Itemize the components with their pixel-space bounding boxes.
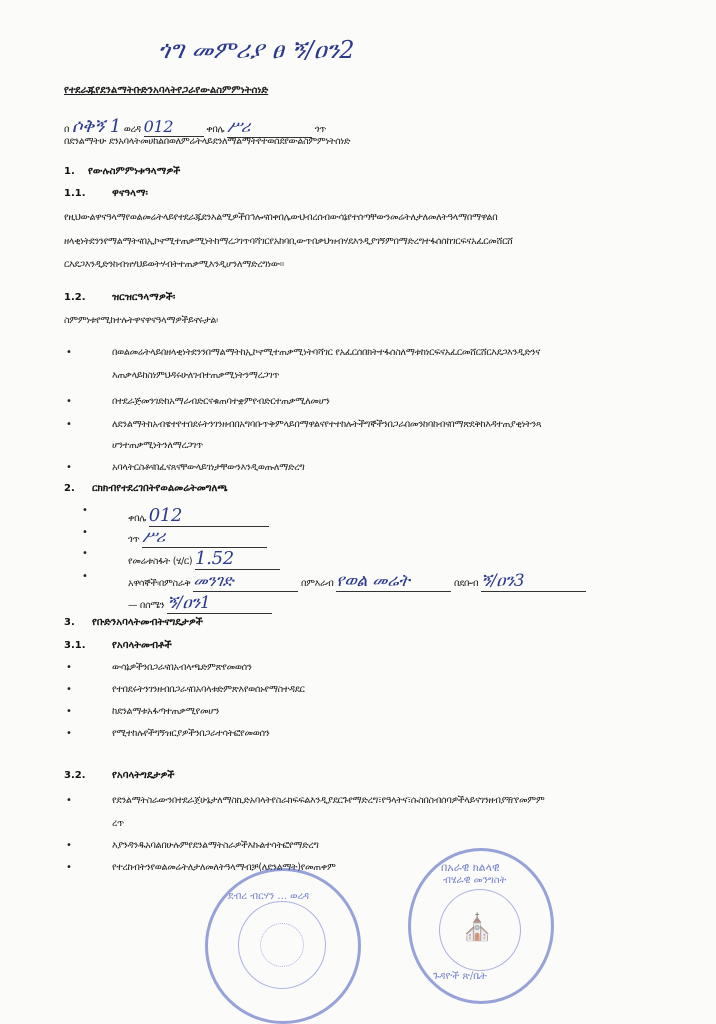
duties-bullet-continued: ረጥ [112,818,124,829]
field-value: ሥሪ [142,527,267,548]
section-1-1-title: ዋናዓላማ፡ [112,188,148,199]
emblem-icon: ⛪ [461,913,493,943]
duties-bullet: እያንዳንዱአባልበሁሉምየደንልማትስራዎችእኩልተሳትፎየማድረግ [112,840,319,851]
field-value: መንገድ [193,571,298,592]
rights-bullet: የሚተከሉየችግኝዝርያዎችንበጋራተሳትፎየመወሰን [112,728,269,739]
detailed-goals-intro: ስምምነቱየሚከተሉትዋናዋናዓላማዎችይኖሩታል፡ [64,315,218,326]
handwritten-header: ጎግ መምሪያ ፀ ኝ/ዐን2 [158,36,355,64]
south-label: በደቡብ [454,578,478,589]
section-1-number: 1. [64,166,75,177]
section-2-number: 2. [64,483,75,494]
section-1-title: የውሉስምምነቱዓላማዎች [88,166,180,177]
section-1-2-title: ዝርዝርዓላማዎች፡ [112,292,175,303]
goal-bullet: በወልመሬትላይበዘላቂነትደንንበማልማትከኢኮኖሚተጠቃሚነትባሻገር የአ… [112,347,540,358]
south-value: ኝ/ዐን3 [481,571,586,592]
west-label: በምእራብ [301,578,334,589]
rights-bullet: ውሳኔዎችንበጋራናበአብላጫድምጽየመወሰን [112,662,252,673]
land-field-area: የመሬቱስፋት (ሄ/ር) 1.52 [128,548,280,570]
section-3-1-number: 3.1. [64,640,86,651]
goal-bullet: በተደራጅመንገድከአማራብድርናቁጠባተቋምየብድርተጠቃሚለመሆን [112,396,330,407]
section-2-title: ርክክብየተደረገበትየወልመሬትመግለጫ [92,483,228,494]
section-3-1-title: የአባላትመብቶች [112,640,172,651]
right-stamp-bottom-text: ጉዳዮች ጽ/ቤት [433,971,487,982]
goal-paragraph-line: ርእደጋእንዲድንከብዝሃህይወትሃብትተጠቃሚእንዲሆንለማድረግነው። [64,259,284,270]
woreda-value: 012 [144,117,204,137]
kebele-value: ሥሪ [227,117,312,138]
left-stamp-text: ደብረ ብርሃን ... ወረዳ [228,891,309,902]
goal-bullet: ለደንልማትከአብዌተየተበደሩትንገንዘብበአግባቡጥቅምላይበማዋልናየተተ… [112,419,541,430]
section-3-number: 3. [64,617,75,628]
right-stamp-mid-text: ብሄራዊ መንግስት [443,875,506,886]
field-label: ጎጥ [128,534,139,545]
document-title: የተደራጁየደንልማትቡድንአባላትየጋራየውልስምምነትሰነድ [64,85,268,96]
section-3-2-title: የአባላትግዴታዎች [112,770,174,781]
field-value: 1.52 [195,548,280,570]
intro-line: በ ሶቅኝ 1 ወረዳ 012 ቀበሌ ሥሪ ጎጥ [64,116,326,138]
section-3-title: የቡድንአባላትመብትናግዴታዎች [92,617,203,628]
goal-paragraph-line: የዚህውልዋናዓላማየወልመሬትላይየተደራጁደንእልሚዎችበኅሎናበቀበሌውህ… [64,212,497,223]
field-value: 012 [149,505,269,527]
section-1-2-number: 1.2. [64,292,86,303]
woreda-label: ወረዳ [124,124,141,135]
intro-handwritten-name: ሶቅኝ 1 [72,116,121,137]
rights-bullet: ከደንልማቱአፋጣተጠቃሚየመሆን [112,706,219,717]
land-field-kebele: ቀበሌ 012 [128,505,269,527]
gote-label: ጎጥ [315,124,326,135]
section-3-2-number: 3.2. [64,770,86,781]
section-1-1-number: 1.1. [64,188,86,199]
intro-prefix: በ [64,124,69,135]
goal-bullet-continued: እጠቃላይከስነምህዳሩሁለገብተጠቃሚነትንማረጋገጥ [112,370,279,381]
land-field-gote: ጎጥ ሥሪ [128,527,267,548]
north-value: ኝ/ዐን1 [167,593,272,614]
goal-bullet-continued: ሆንተጠቃሚነትንለማረጋገጥ [112,440,203,451]
goal-bullet: አባላትርስቶናበፈናጸናቸውላይገነታቸውንእንዲወጡለማድረግ [112,462,305,473]
right-official-stamp: በአራዊ ክልላዊ ብሄራዊ መንግስት ⛪ ጉዳዮች ጽ/ቤት [408,848,554,1004]
scanned-document-page: ጎግ መምሪያ ፀ ኝ/ዐን2 የተደራጁየደንልማትቡድንአባላትየጋራየውል… [0,0,716,1024]
left-official-stamp: ደብረ ብርሃን ... ወረዳ [205,868,361,1024]
right-stamp-top-text: በአራዊ ክልላዊ [441,861,500,875]
field-label: አዋሳኞች፡በምስራቅ [128,578,190,589]
field-label: ቀበሌ [128,513,146,524]
duties-bullet: የደንልማትስራውንበተደራጀሁኔታለማስኪድአባላትየስራክፍፍልእንዲያደር… [112,795,544,806]
kebele-label: ቀበሌ [206,124,224,135]
rights-bullet: የተበደሩትንገንዘብበጋራናበአባላቱድምጽእየወሰኑየማስተዳደር [112,684,305,695]
intro-line-2: በደንልማትሁ ደንአባላትመሀከልበወለምሬትላይደንለማልማትየተወሰደየው… [64,136,350,147]
land-field-boundaries: አዋሳኞች፡በምስራቅ መንገድ በምእራብ የወል መሬት በደቡብ ኝ/ዐን… [128,571,586,592]
land-field-north: — በሰሜን ኝ/ዐን1 [128,593,272,614]
goal-paragraph-line: ዘላቂነትደንንየማልማትናበኢኮኖሚተጠቃሚነትከማረጋገጥባሻገርየአከባቢ… [64,236,513,247]
north-label: በሰሜን [140,600,164,611]
field-label: የመሬቱስፋት (ሄ/ር) [128,556,192,567]
west-value: የወል መሬት [336,571,451,592]
